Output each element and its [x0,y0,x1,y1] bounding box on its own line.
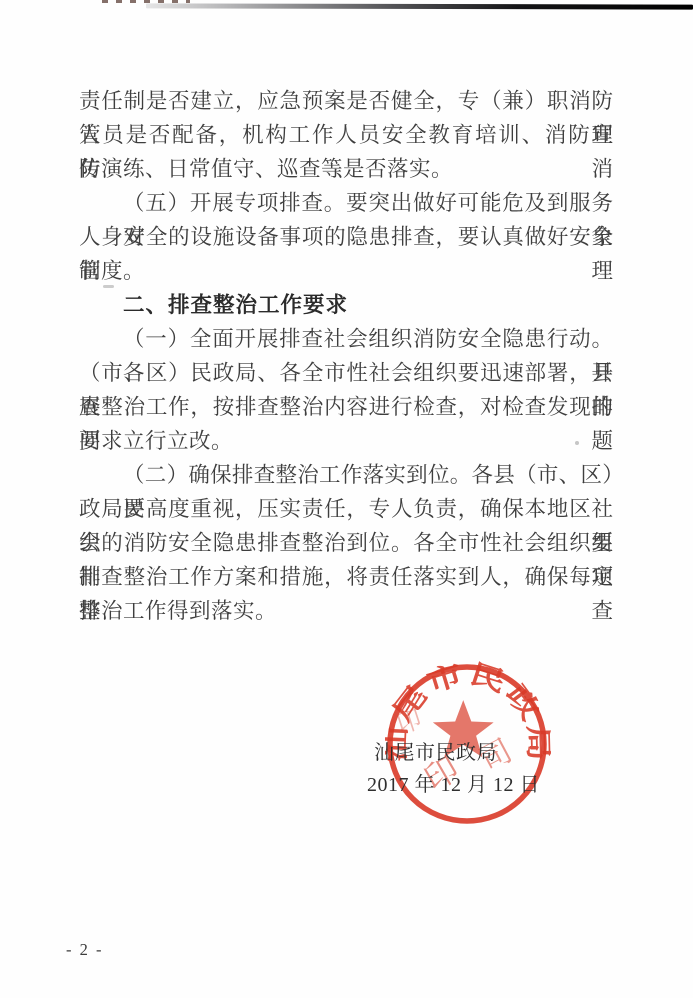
text-line: 查整治工作，按排查整治内容进行检查，对检查发现的问题 [79,390,613,424]
page-number: - 2 - [66,940,104,960]
section-heading: 二、排查整治工作要求 [79,288,613,322]
document-body: 责任制是否建立，应急预案是否健全，专（兼）职消防管理人员是否配备，机构工作人员安… [79,84,613,628]
text-line: （一）全面开展排查社会组织消防安全隐患行动。各县 [79,322,613,356]
text-line: （市、区）民政局、各全市性社会组织要迅速部署，开展排 [79,356,613,390]
text-line: 政局要高度重视，压实责任，专人负责，确保本地区社会组 [79,492,613,526]
org-signature: 汕尾市民政局 [374,736,497,765]
text-line: 责任制是否建立，应急预案是否健全，专（兼）职消防管理 [79,84,613,118]
text-line: 人员是否配备，机构工作人员安全教育培训、消防宣传、消 [79,118,613,152]
text-line: 织的消防安全隐患排查整治到位。各全市性社会组织要制定 [79,526,613,560]
text-line: 排查整治工作方案和措施，将责任落实到人，确保每项排查 [79,560,613,594]
scan-line-artifact [146,3,693,9]
scanned-document-page: 责任制是否建立，应急预案是否健全，专（兼）职消防管理人员是否配备，机构工作人员安… [0,0,693,998]
text-line: 人身安全的设施设备事项的隐患排查，要认真做好安全管理 [79,220,613,254]
text-line: （五）开展专项排查。要突出做好可能危及到服务对象 [79,186,613,220]
text-line: （二）确保排查整治工作落实到位。各县（市、区）民 [79,458,613,492]
date-signature: 2017 年 12 月 12 日 [367,768,540,797]
